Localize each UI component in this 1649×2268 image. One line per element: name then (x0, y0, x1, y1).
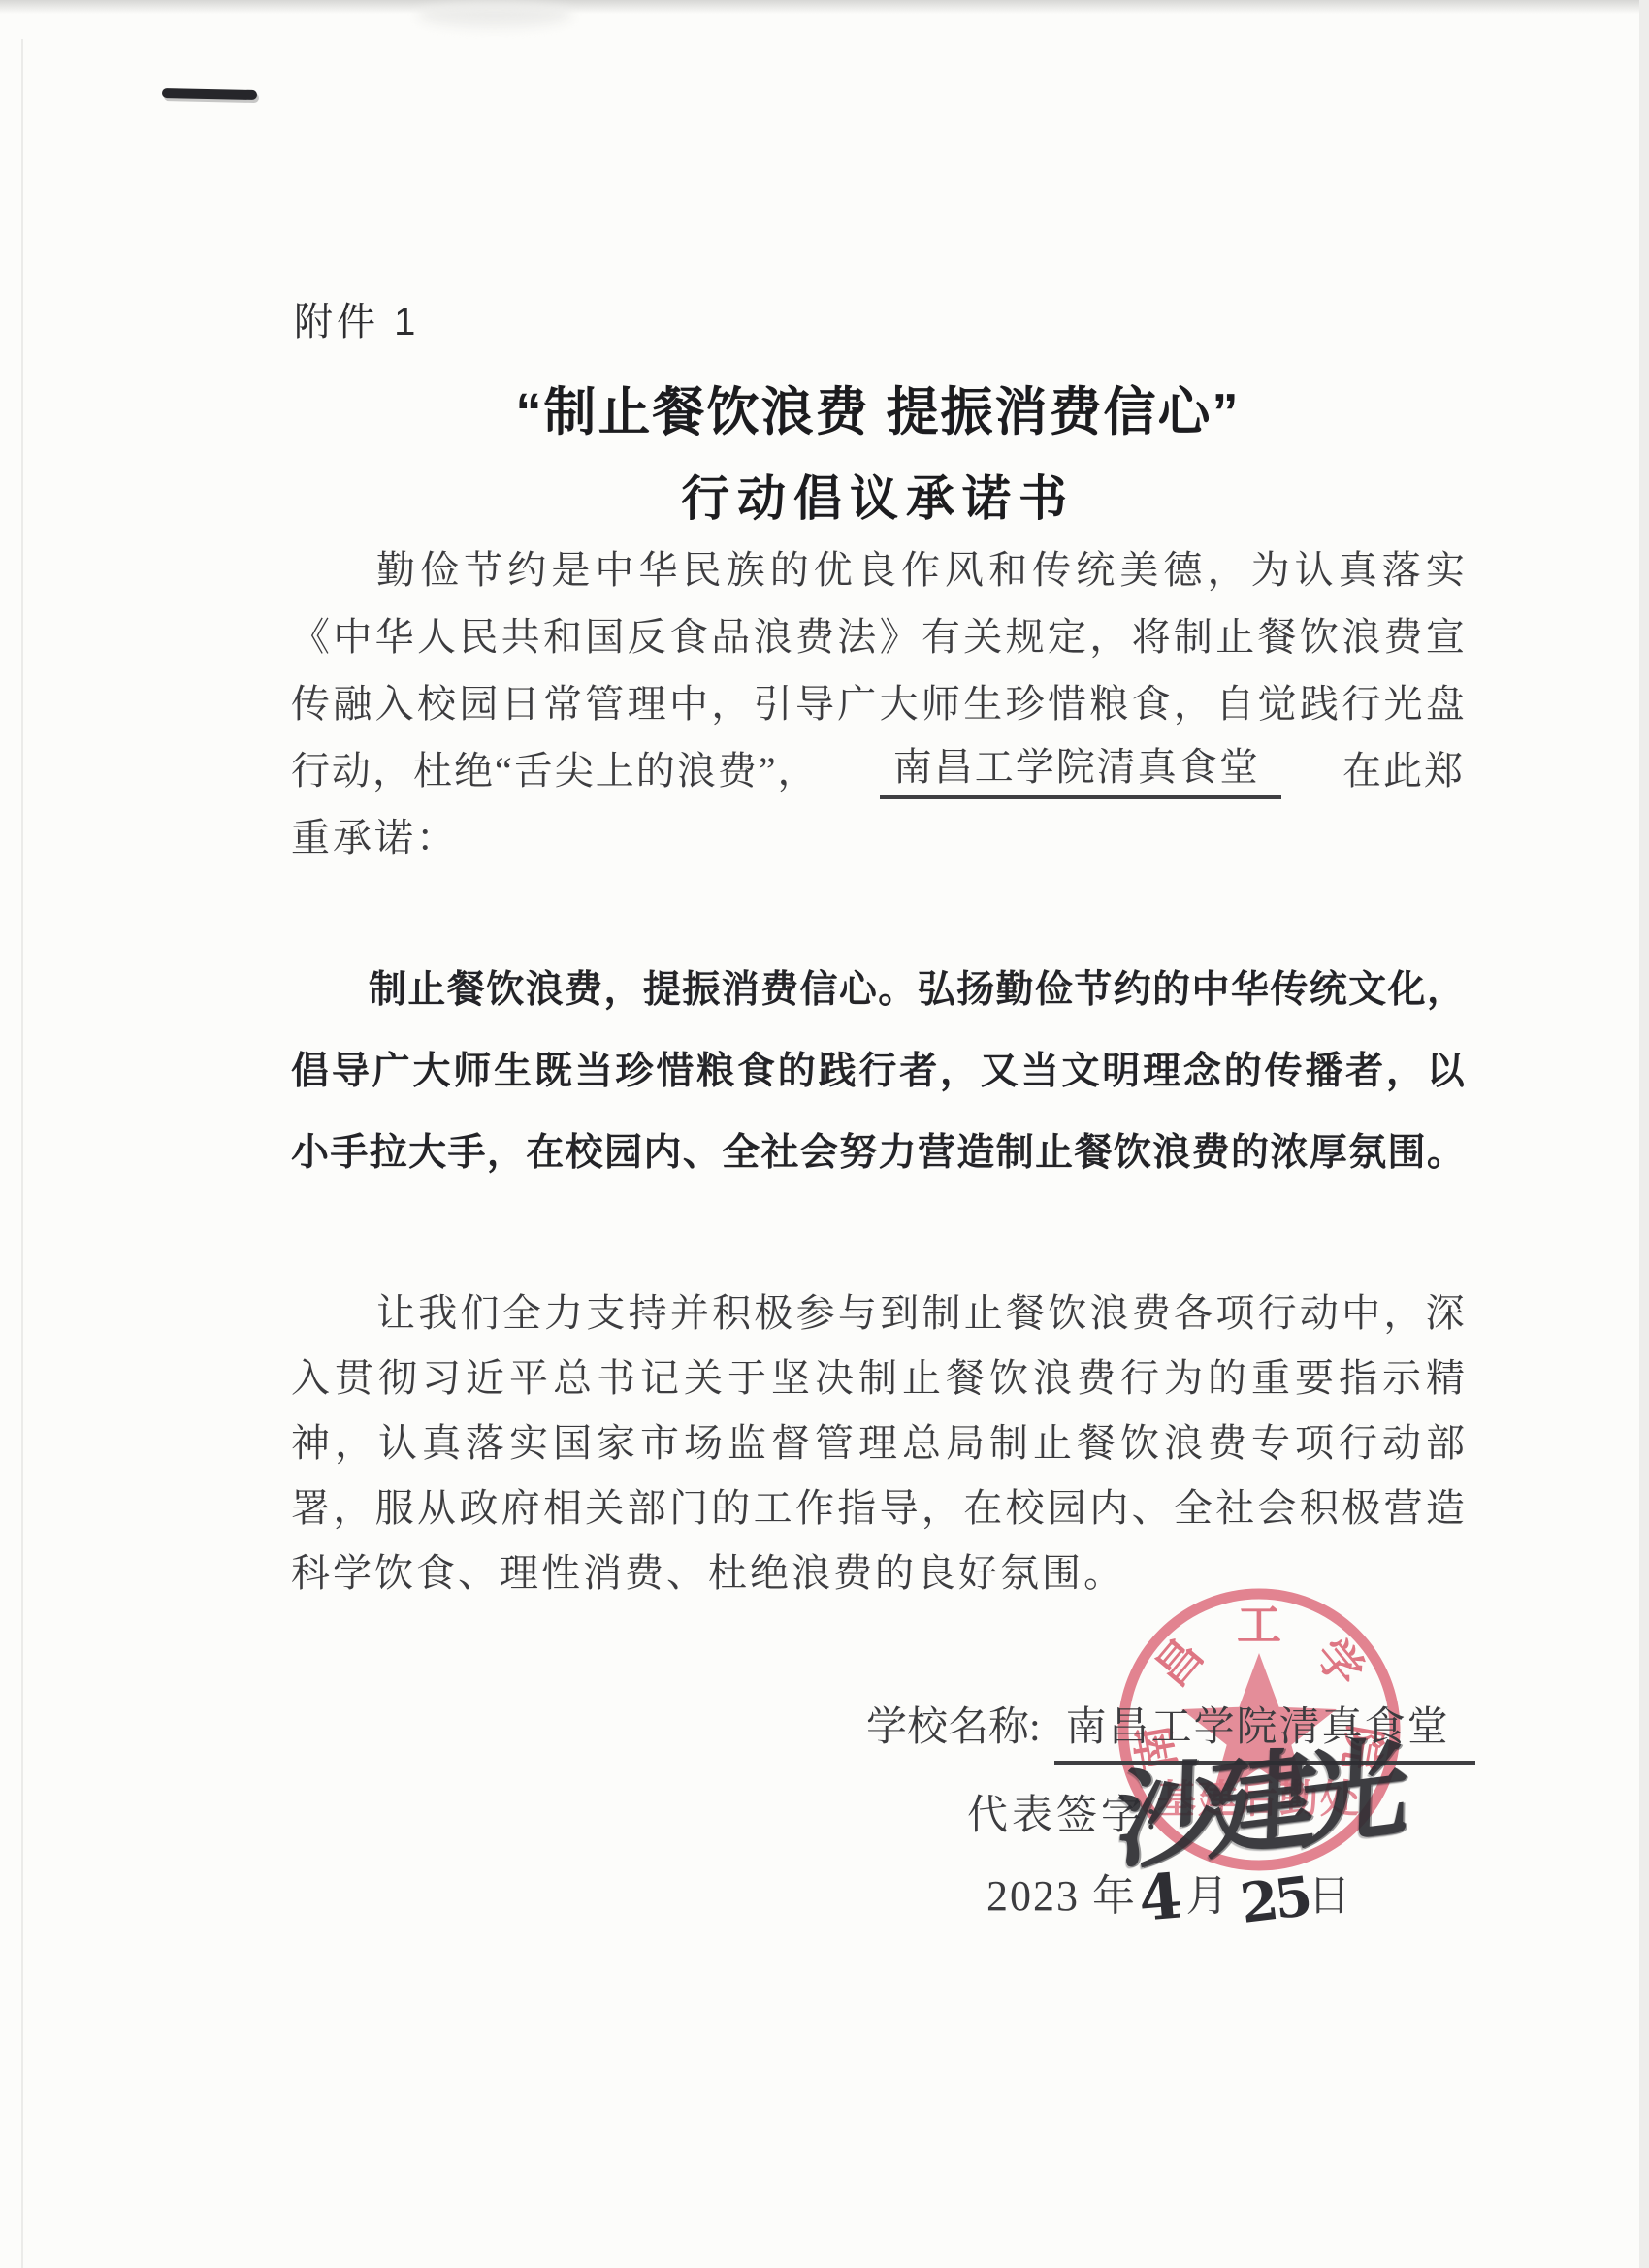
paragraph-line: 神，认真落实国家市场监督管理总局制止餐饮浪费专项行动部 (291, 1408, 1465, 1473)
paragraph-line: 重承诺： (291, 801, 1465, 868)
line-text: 行动，杜绝“舌尖上的浪费”， (291, 740, 819, 795)
paragraph-line-with-blank: 行动，杜绝“舌尖上的浪费”， 南昌工学院清真食堂 在此郑 (291, 734, 1465, 801)
paragraph-pledge-bold: 制止餐饮浪费，提振消费信心。弘扬勤俭节约的中华传统文化， 倡导广大师生既当珍惜粮… (291, 946, 1465, 1190)
document-title-line2: 行动倡议承诺书 (291, 460, 1465, 530)
scanned-document-page: 附件 1 “制止餐饮浪费 提振消费信心” 行动倡议承诺书 勤俭节约是中华民族的优… (0, 0, 1649, 2268)
line-text: 在此郑 (1342, 740, 1465, 795)
paragraph-line: 小手拉大手，在校园内、全社会努力营造制止餐饮浪费的浓厚氛围。 (291, 1109, 1465, 1190)
scan-edge-artifact (1639, 0, 1649, 2268)
scan-edge-artifact (0, 0, 1649, 14)
paragraph-line: 署，服从政府相关部门的工作指导，在校园内、全社会积极营造 (291, 1473, 1465, 1538)
handwritten-day: 25 (1238, 1875, 1310, 1927)
paragraph-intro: 勤俭节约是中华民族的优良作风和传统美德，为认真落实 《中华人民共和国反食品浪费法… (291, 534, 1465, 868)
date-day-unit: 日 (1308, 1861, 1352, 1923)
scan-smudge-artifact (417, 2, 572, 27)
paragraph-line: 让我们全力支持并积极参与到制止餐饮浪费各项行动中，深 (291, 1278, 1465, 1343)
paragraph-line: 倡导广大师生既当珍惜粮食的践行者，又当文明理念的传播者，以 (291, 1027, 1465, 1109)
school-name-label: 学校名称: (866, 1693, 1041, 1753)
attachment-label: 附件 1 (294, 291, 419, 346)
paragraph-line: 制止餐饮浪费，提振消费信心。弘扬勤俭节约的中华传统文化， (291, 946, 1465, 1027)
paragraph-line: 入贯彻习近平总书记关于坚决制止餐饮浪费行为的重要指示精 (291, 1343, 1465, 1408)
scan-edge-artifact (21, 39, 23, 2268)
paragraph-line: 勤俭节约是中华民族的优良作风和传统美德，为认真落实 (291, 534, 1465, 600)
paragraph-line: 传融入校园日常管理中，引导广大师生珍惜粮食，自觉践行光盘 (291, 667, 1465, 734)
stamp-ring-char: 工 (1237, 1600, 1281, 1650)
paragraph-action: 让我们全力支持并积极参与到制止餐饮浪费各项行动中，深 入贯彻习近平总书记关于坚决… (291, 1278, 1465, 1603)
paragraph-line: 《中华人民共和国反食品浪费法》有关规定，将制止餐饮浪费宣 (291, 600, 1465, 667)
document-title-line1: “制止餐饮浪费 提振消费信心” (291, 371, 1465, 445)
scan-dash-artifact (162, 88, 257, 100)
school-name-field: 南昌工学院清真食堂 (880, 736, 1281, 799)
